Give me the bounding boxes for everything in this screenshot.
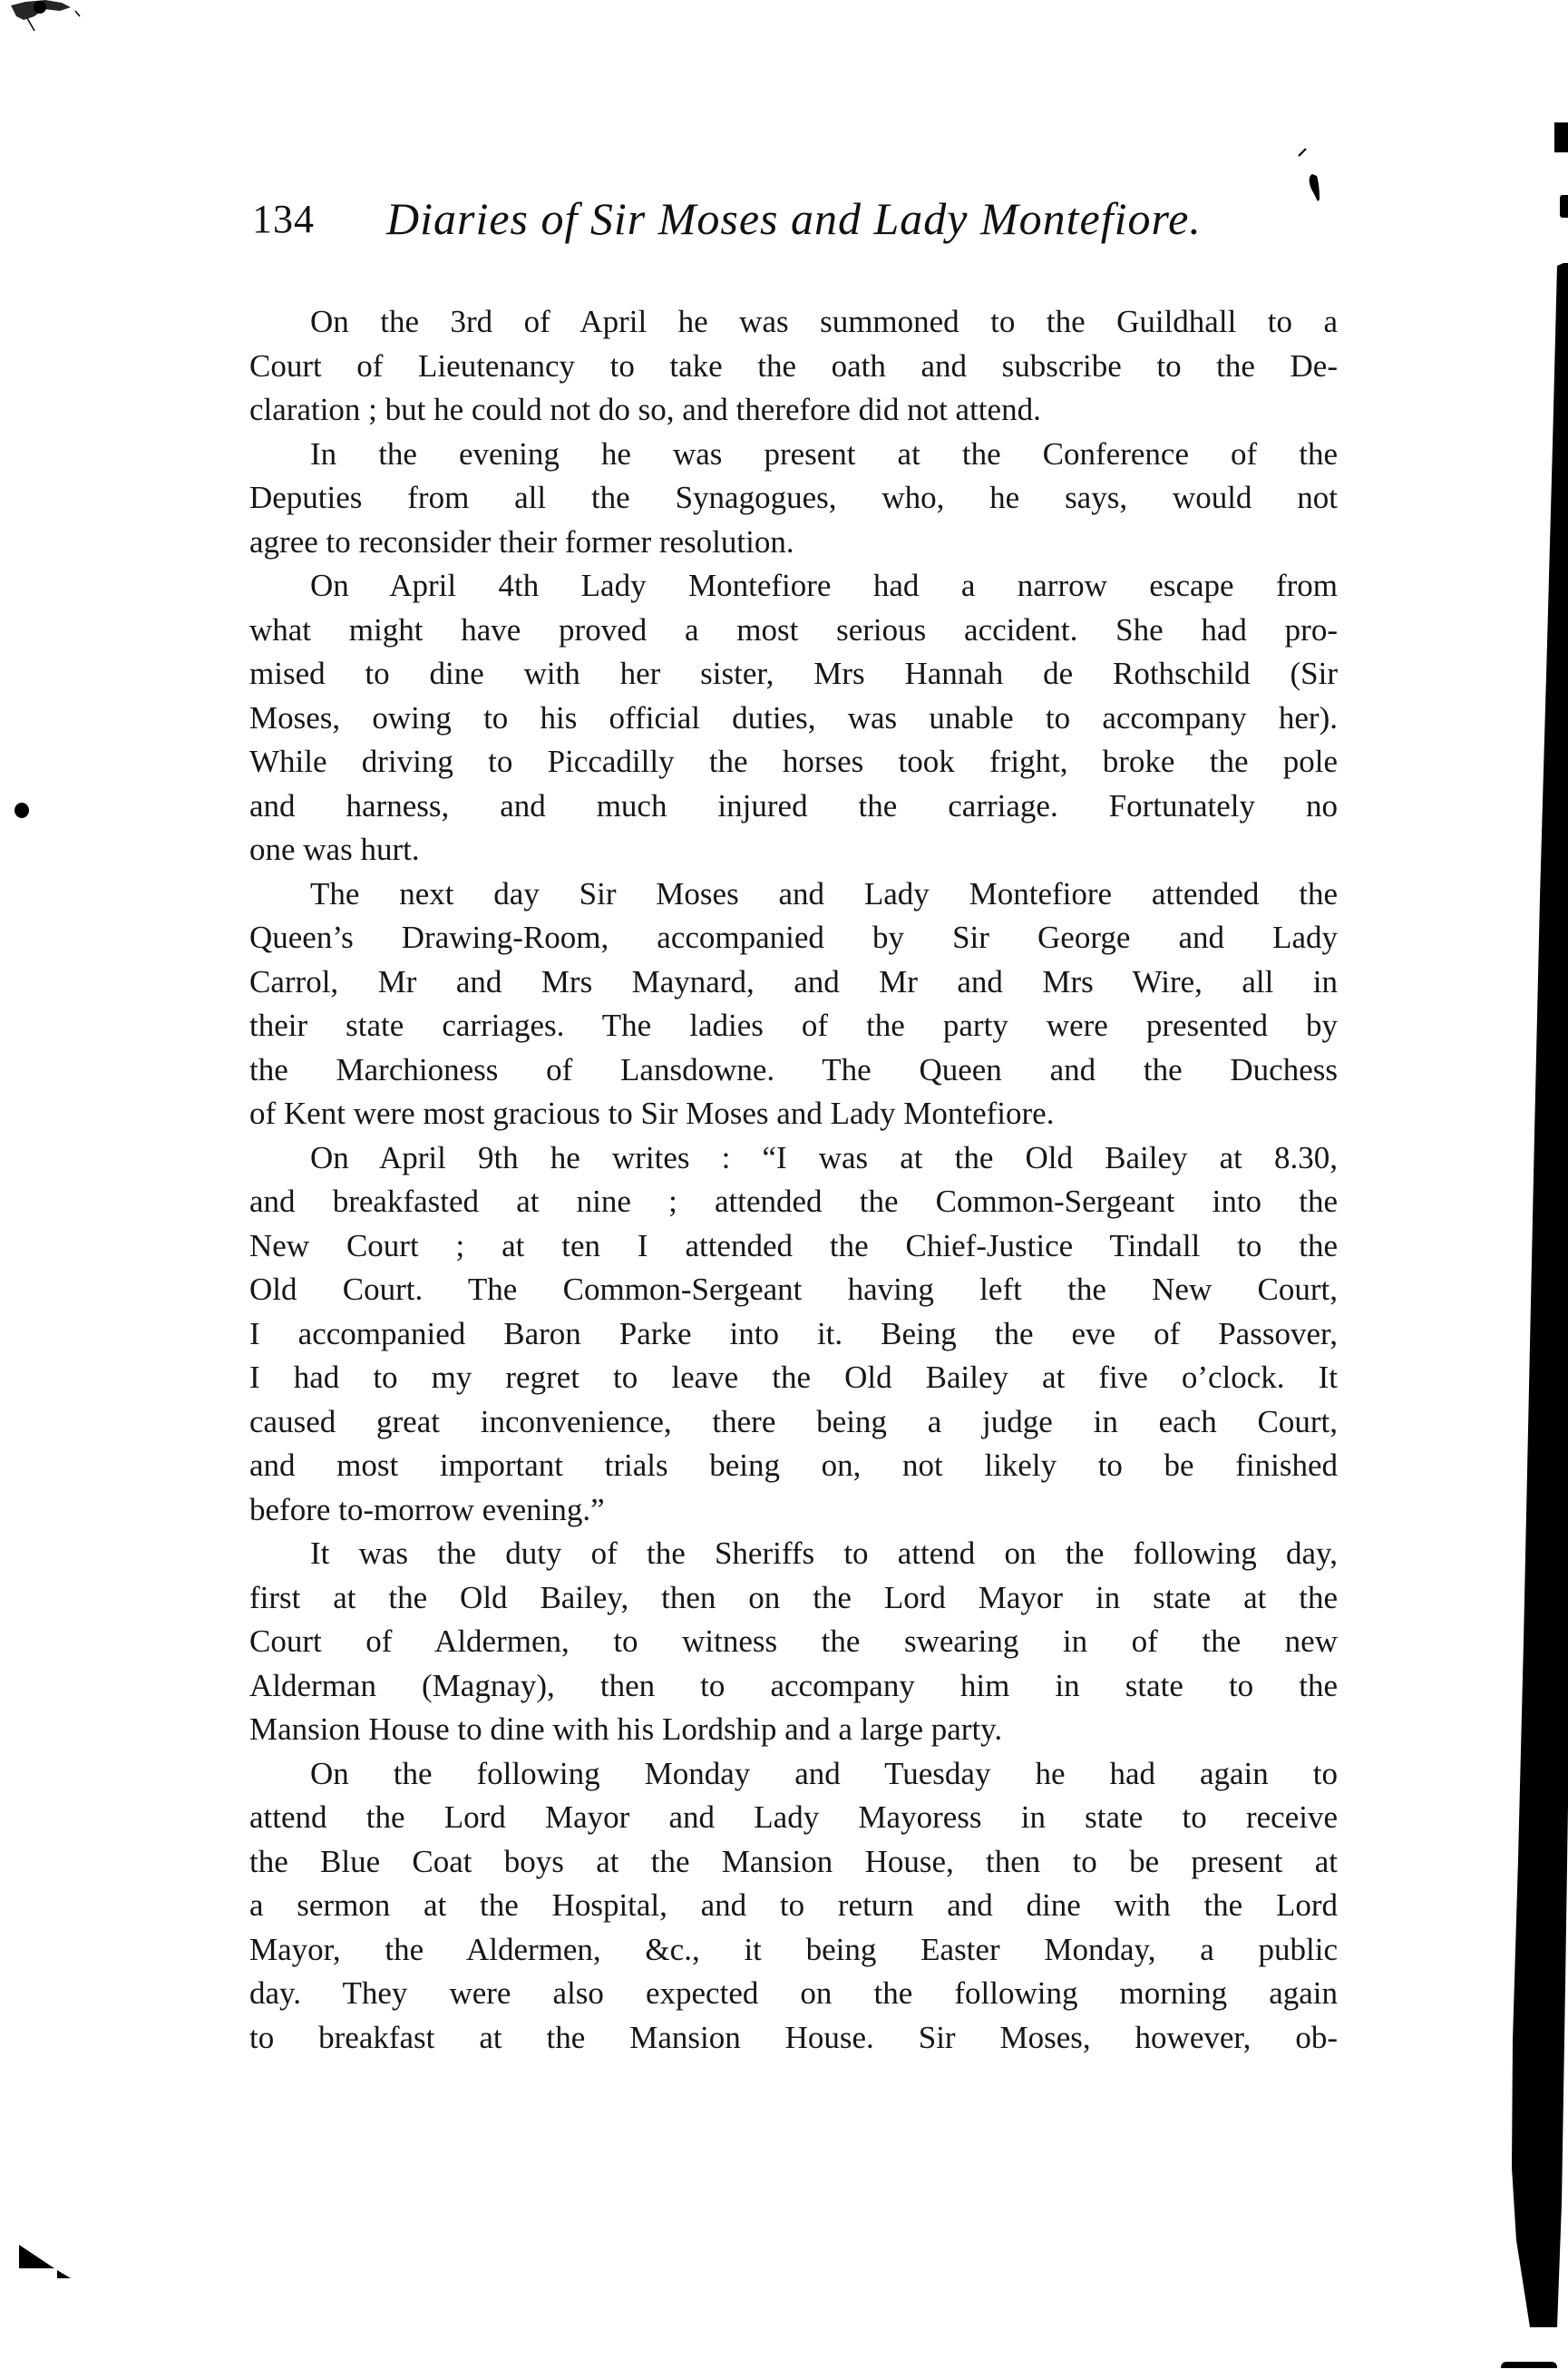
text-line: the Marchioness of Lansdowne. The Queen … (249, 1048, 1338, 1093)
text-line: and breakfasted at nine ; attended the C… (249, 1180, 1338, 1224)
scanned-book-page: 134 Diaries of Sir Moses and Lady Montef… (0, 0, 1568, 2369)
text-line: On April 9th he writes : “I was at the O… (249, 1136, 1338, 1181)
text-line: Deputies from all the Synagogues, who, h… (249, 476, 1338, 521)
text-line: Old Court. The Common-Sergeant having le… (249, 1268, 1338, 1312)
paragraph: On the 3rd of April he was summoned to t… (249, 300, 1338, 433)
text-line: the Blue Coat boys at the Mansion House,… (249, 1840, 1338, 1885)
running-head: 134 Diaries of Sir Moses and Lady Montef… (252, 192, 1250, 247)
running-title: Diaries of Sir Moses and Lady Montefiore… (386, 192, 1202, 245)
page-number: 134 (252, 196, 315, 242)
text-line: their state carriages. The ladies of the… (249, 1004, 1338, 1048)
text-line: On April 4th Lady Montefiore had a narro… (249, 564, 1338, 609)
paragraph: It was the duty of the Sheriffs to atten… (249, 1532, 1338, 1752)
text-line: day. They were also expected on the foll… (249, 1972, 1338, 2016)
text-line: one was hurt. (249, 828, 1338, 873)
text-line: first at the Old Bailey, then on the Lor… (249, 1576, 1338, 1621)
text-line: While driving to Piccadilly the horses t… (249, 740, 1338, 785)
text-line: what might have proved a most serious ac… (249, 609, 1338, 653)
text-line: It was the duty of the Sheriffs to atten… (249, 1532, 1338, 1576)
text-line: Queen’s Drawing-Room, accompanied by Sir… (249, 916, 1338, 960)
bottom-edge-line (1501, 2362, 1557, 2368)
text-line: Mayor, the Aldermen, &c., it being Easte… (249, 1928, 1338, 1973)
text-line: to breakfast at the Mansion House. Sir M… (249, 2016, 1338, 2061)
text-line: New Court ; at ten I attended the Chief-… (249, 1224, 1338, 1269)
text-line: Alderman (Magnay), then to accompany him… (249, 1664, 1338, 1709)
text-line: before to-morrow evening.” (249, 1488, 1338, 1533)
text-line: of Kent were most gracious to Sir Moses … (249, 1092, 1338, 1136)
ink-speck-icon (1295, 145, 1331, 209)
paragraph: On April 4th Lady Montefiore had a narro… (249, 564, 1338, 873)
paragraph: In the evening he was present at the Con… (249, 433, 1338, 565)
pointer-arrow-icon (18, 2244, 73, 2280)
page-edge-shadow (1507, 263, 1568, 2349)
text-line: Carrol, Mr and Mrs Maynard, and Mr and M… (249, 960, 1338, 1005)
text-line: Moses, owing to his official duties, was… (249, 697, 1338, 741)
margin-block-mark (1560, 195, 1568, 218)
margin-block-mark (1554, 122, 1568, 152)
text-line: Court of Lieutenancy to take the oath an… (249, 345, 1338, 389)
margin-dot-mark (15, 803, 29, 818)
paragraph: On the following Monday and Tuesday he h… (249, 1752, 1338, 2061)
paragraph: On April 9th he writes : “I was at the O… (249, 1136, 1338, 1533)
text-line: I had to my regret to leave the Old Bail… (249, 1356, 1338, 1400)
text-line: agree to reconsider their former resolut… (249, 521, 1338, 565)
text-line: On the following Monday and Tuesday he h… (249, 1752, 1338, 1797)
text-line: attend the Lord Mayor and Lady Mayoress … (249, 1796, 1338, 1840)
text-line: and most important trials being on, not … (249, 1444, 1338, 1488)
body-text: On the 3rd of April he was summoned to t… (249, 300, 1338, 2060)
text-line: mised to dine with her sister, Mrs Hanna… (249, 652, 1338, 697)
text-line: and harness, and much injured the carria… (249, 785, 1338, 829)
text-line: claration ; but he could not do so, and … (249, 388, 1338, 433)
text-line: Mansion House to dine with his Lordship … (249, 1708, 1338, 1752)
scan-noise-artifact (7, 0, 98, 33)
text-line: caused great inconvenience, there being … (249, 1400, 1338, 1445)
paragraph: The next day Sir Moses and Lady Montefio… (249, 873, 1338, 1136)
text-line: I accompanied Baron Parke into it. Being… (249, 1312, 1338, 1357)
text-line: a sermon at the Hospital, and to return … (249, 1884, 1338, 1928)
text-line: Court of Aldermen, to witness the sweari… (249, 1620, 1338, 1664)
text-line: On the 3rd of April he was summoned to t… (249, 300, 1338, 345)
text-line: The next day Sir Moses and Lady Montefio… (249, 873, 1338, 917)
text-line: In the evening he was present at the Con… (249, 433, 1338, 477)
